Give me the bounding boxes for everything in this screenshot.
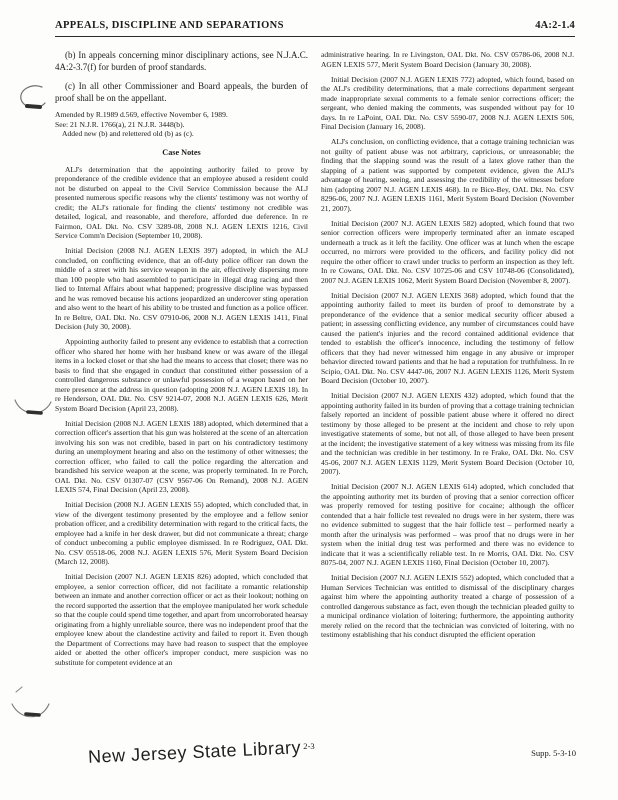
case-note-paragraph: Appointing authority failed to present a…	[55, 337, 308, 413]
supplement-number: Supp. 5-3-10	[531, 748, 576, 758]
header-title: APPEALS, DISCIPLINE AND SEPARATIONS	[55, 20, 284, 31]
case-note-paragraph: ALJ's conclusion, on conflicting evidenc…	[321, 137, 574, 213]
case-note-paragraph: Initial Decision (2007 N.J. AGEN LEXIS 8…	[55, 572, 308, 667]
page-header: APPEALS, DISCIPLINE AND SEPARATIONS 4A:2…	[55, 20, 575, 37]
case-note-paragraph: Initial Decision (2008 N.J. AGEN LEXIS 3…	[55, 246, 308, 332]
history-note: Amended by R.1989 d.569, effective Novem…	[55, 110, 308, 139]
two-column-text-block: (b) In appeals concerning minor discipli…	[55, 50, 575, 673]
regulation-paragraph-c: (c) In all other Commissioner and Board …	[55, 81, 308, 104]
case-note-paragraph: ALJ's determination that the appointing …	[55, 165, 308, 241]
case-note-paragraph: Initial Decision (2008 N.J. AGEN LEXIS 5…	[55, 500, 308, 567]
history-note-line: See: 21 N.J.R. 1766(a), 21 N.J.R. 3448(b…	[55, 120, 308, 130]
regulation-paragraph-b: (b) In appeals concerning minor discipli…	[55, 50, 308, 73]
case-note-paragraph: Initial Decision (2007 N.J. AGEN LEXIS 5…	[321, 573, 574, 640]
case-note-paragraph: Initial Decision (2007 N.J. AGEN LEXIS 6…	[321, 482, 574, 568]
history-note-line: Amended by R.1989 d.569, effective Novem…	[55, 110, 308, 120]
right-column: administrative hearing. In re Livingston…	[321, 50, 574, 673]
left-column: (b) In appeals concerning minor discipli…	[55, 50, 308, 673]
case-note-paragraph: Initial Decision (2007 N.J. AGEN LEXIS 3…	[321, 291, 574, 386]
document-page: APPEALS, DISCIPLINE AND SEPARATIONS 4A:2…	[0, 0, 618, 800]
case-notes-heading: Case Notes	[55, 148, 308, 157]
pen-loop-mark-icon	[15, 82, 51, 114]
history-note-line: Added new (b) and relettered old (b) as …	[55, 129, 308, 139]
pen-curve-mark-icon	[11, 392, 53, 426]
case-note-paragraph: administrative hearing. In re Livingston…	[321, 50, 574, 69]
case-note-paragraph: Initial Decision (2007 N.J. AGEN LEXIS 4…	[321, 391, 574, 477]
section-number: 4A:2-1.4	[535, 20, 575, 31]
case-note-paragraph: Initial Decision (2008 N.J. AGEN LEXIS 1…	[55, 419, 308, 495]
case-note-paragraph: Initial Decision (2007 N.J. AGEN LEXIS 7…	[321, 75, 574, 132]
pen-curve-mark-icon	[7, 684, 53, 726]
case-note-paragraph: Initial Decision (2007 N.J. AGEN LEXIS 5…	[321, 219, 574, 286]
